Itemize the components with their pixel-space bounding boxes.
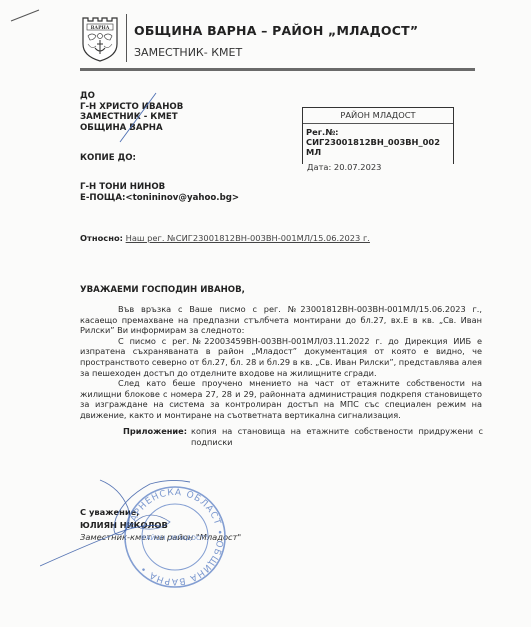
salutation: УВАЖАЕМИ ГОСПОДИН ИВАНОВ,	[80, 285, 245, 295]
organization-subtitle: ЗАМЕСТНИК- КМЕТ	[134, 46, 242, 59]
attachment-text: копия на становища на етажните собствено…	[191, 426, 483, 447]
registration-stamp-box: РАЙОН МЛАДОСТ Рег.№: СИГ23001812ВН_003ВН…	[302, 107, 454, 164]
copy-to-block: Г-Н ТОНИ НИНОВ Е-ПОЩА:<tonininov@yahoo.b…	[80, 182, 239, 203]
closing-regards: С уважение,	[80, 507, 139, 517]
pen-stroke	[118, 92, 158, 144]
letter-body: Във връзка с Ваше писмо с рег. №23001812…	[80, 304, 482, 421]
header-divider	[126, 14, 127, 62]
copy-to-name: Г-Н ТОНИ НИНОВ	[80, 182, 239, 193]
subject-line: Относно: Наш рег. №СИГ23001812ВН-003ВН-0…	[80, 233, 370, 243]
copy-to-email: Е-ПОЩА:<tonininov@yahoo.bg>	[80, 193, 239, 204]
subject-label: Относно:	[80, 233, 123, 243]
attachment-note: Приложение: копия на становища на етажни…	[123, 426, 483, 447]
registration-number: СИГ23001812ВН_003ВН_002	[303, 137, 453, 147]
signer-title: Заместник-кмет на район "Младост"	[80, 532, 241, 542]
body-paragraph: Във връзка с Ваше писмо с рег. №23001812…	[80, 304, 482, 336]
header-rule	[80, 68, 475, 71]
coat-of-arms-icon: ВАРНА	[80, 14, 120, 62]
copy-to-label: КОПИЕ ДО:	[80, 153, 136, 163]
body-paragraph: С писмо с рег.№22003459ВН-003ВН-001МЛ/03…	[80, 336, 482, 378]
body-paragraph: След като беше проучено мнението на част…	[80, 378, 482, 420]
registration-label: Рег.№:	[303, 124, 453, 137]
registration-date: Дата: 20.07.2023	[307, 162, 381, 172]
pen-mark	[10, 8, 40, 22]
svg-text:ВАРНА: ВАРНА	[91, 25, 110, 31]
letter-page: ВАРНА ОБЩИНА ВАРНА – РАЙОН „МЛАДОСТ” ЗАМ…	[0, 0, 531, 627]
signer-name: ЮЛИЯН НИКОЛОВ	[80, 520, 168, 530]
attachment-label: Приложение:	[123, 426, 187, 447]
registration-office: РАЙОН МЛАДОСТ	[303, 108, 453, 124]
organization-title: ОБЩИНА ВАРНА – РАЙОН „МЛАДОСТ”	[134, 23, 418, 38]
registration-number-suffix: МЛ	[303, 147, 453, 157]
subject-reference: Наш рег. №СИГ23001812ВН-003ВН-001МЛ/15.0…	[126, 233, 370, 243]
